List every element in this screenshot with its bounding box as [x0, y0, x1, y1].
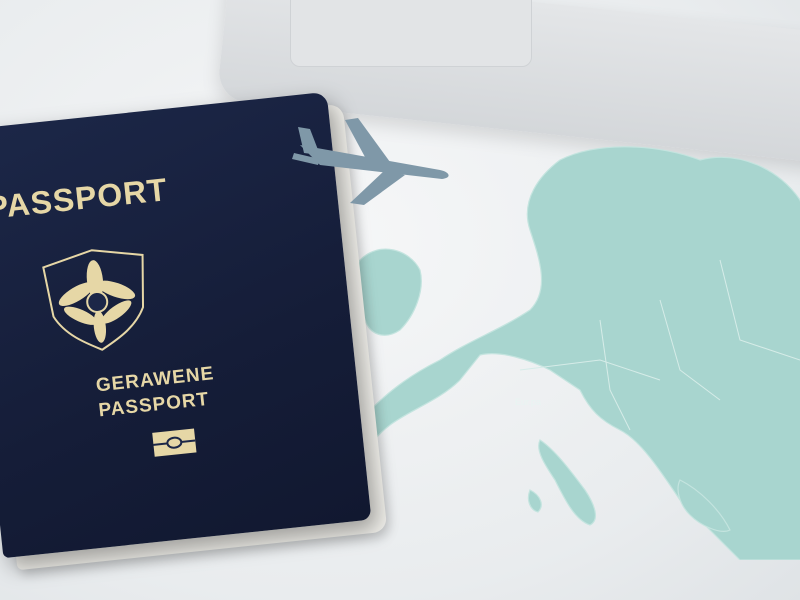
biometric-chip-icon	[151, 427, 197, 457]
photo-scene: Eur.pa PASSPORT GERAWENE PASSPORT	[0, 0, 800, 600]
coat-of-arms-icon	[31, 236, 162, 358]
passport-title: PASSPORT	[0, 171, 169, 227]
laptop-trackpad	[290, 0, 532, 67]
map-label: Eur.pa	[515, 397, 541, 407]
toy-airplane	[290, 115, 460, 210]
